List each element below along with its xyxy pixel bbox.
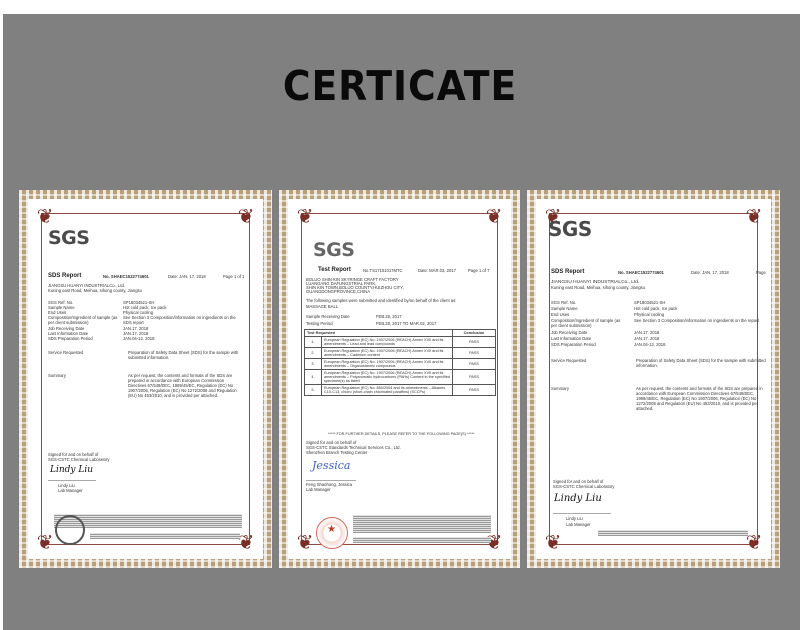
corner-ornament-icon: ❦ xyxy=(542,531,564,553)
corner-ornament-icon: ❦ xyxy=(34,205,56,227)
field-label: End Uses xyxy=(551,312,569,317)
report-number: No.TS17101017MTC xyxy=(363,268,403,273)
report-date: Date: JAN. 17, 2018 xyxy=(691,270,729,275)
fine-print xyxy=(353,515,491,533)
field-value: JAN.17. 2018 xyxy=(634,336,659,341)
sgs-logo: SGS xyxy=(548,217,592,241)
table-row: 3. European Regulation (EC) No. 1907/200… xyxy=(305,359,496,370)
field-value: FEB.28, 2017 xyxy=(376,314,402,319)
table-row: 1. European Regulation (EC) No. 1907/200… xyxy=(305,337,496,348)
corner-ornament-icon: ❦ xyxy=(294,205,316,227)
summary-label: Summary xyxy=(48,373,66,378)
report-number: No. SHAEC1522774601 xyxy=(103,274,149,279)
service-label: Service Requested xyxy=(551,358,586,363)
further-details-note: ***** FOR FURTHER DETAILS, PLEASE REFER … xyxy=(328,432,474,437)
page-number: Page xyxy=(756,270,766,275)
service-label: Service Requested xyxy=(48,350,83,355)
table-header: Test Requested xyxy=(305,330,453,337)
table-row: 2. European Regulation (EC) No. 1907/200… xyxy=(305,348,496,359)
field-label: SDS Preparation Period xyxy=(48,336,93,341)
sgs-seal-icon xyxy=(55,515,85,545)
summary-value: As per request, the contents and formats… xyxy=(128,373,243,398)
field-value: See Section 3 Composition/information on… xyxy=(634,318,771,323)
sgs-logo: SGS xyxy=(48,227,89,249)
field-label: SDS Preparation Period xyxy=(551,342,596,347)
company-address: Kuning east Road, Meihua, sihong county,… xyxy=(551,285,645,290)
certificate-sds-report-1: ❦ ❦ ❦ ❦ SGS SDS Report No. SHAEC15227746… xyxy=(19,190,272,568)
intro-text: The following samples were submitted and… xyxy=(306,298,456,303)
report-date: Date: MAR.03, 2017 xyxy=(418,268,456,273)
signature-line xyxy=(553,513,611,514)
field-label: SGS Ref. No. xyxy=(551,300,576,305)
field-value: See Section 3 Composition/information on… xyxy=(123,315,243,325)
doc-type: Test Report xyxy=(318,267,351,273)
corner-ornament-icon: ❦ xyxy=(294,531,316,553)
field-label: Last Information Date xyxy=(551,336,591,341)
signer-title: Lab Manager xyxy=(306,487,331,492)
field-value: FEB.28, 2017 TO MAR.02, 2017 xyxy=(376,321,436,326)
field-value: JAN.04-12, 2018 xyxy=(634,342,665,347)
summary-label: Summary xyxy=(551,386,569,391)
signed-org: SGS-CSTC Standards Technical Services Co… xyxy=(306,445,406,455)
service-value: Preparation of Safety Data Sheet (SDS) f… xyxy=(128,350,243,360)
certificate-sds-report-2: ❦ ❦ ❦ ❦ SGS SDS Report No. SHAEC15227746… xyxy=(527,190,780,568)
test-results-table: Test Requested Conclusion 1. European Re… xyxy=(304,329,496,396)
corner-ornament-icon: ❦ xyxy=(235,205,257,227)
client-line: GUANGDONGPROVINCE,CHINA xyxy=(306,289,370,294)
signer-name: Lindy Liu xyxy=(566,516,583,521)
signature-line xyxy=(48,480,96,481)
field-value: Physical cooling xyxy=(634,312,664,317)
page-title: CERTICATE xyxy=(32,62,768,110)
footer-contact xyxy=(598,530,748,536)
sgs-logo: SGS xyxy=(313,239,354,261)
field-label: Testing Period xyxy=(306,321,333,326)
corner-ornament-icon: ❦ xyxy=(743,205,765,227)
field-value: Hot cold pack, Ice pack xyxy=(634,306,677,311)
page-number: Page 1 of 7 xyxy=(468,268,489,273)
field-label: Sample Receiving Date xyxy=(306,314,350,319)
certificate-paper: ❦ ❦ ❦ ❦ SGS Test Report No.TS17101017MTC… xyxy=(288,199,511,559)
field-label: Composition/Ingredient of sample (as per… xyxy=(48,315,118,325)
corner-ornament-icon: ❦ xyxy=(34,531,56,553)
footer-contact xyxy=(90,533,240,539)
signer-title: Lab Manager xyxy=(58,488,83,493)
signature: Lindy Liu xyxy=(50,465,93,475)
sample-name: MASSAGE BALL xyxy=(306,304,338,309)
field-value: JAN.17. 2018 xyxy=(634,330,659,335)
service-value: Preparation of Safety Data Sheet (SDS) f… xyxy=(636,358,771,368)
signed-org: SGS-CSTC Chemical Laboratory xyxy=(553,484,614,489)
corner-ornament-icon: ❦ xyxy=(483,205,505,227)
field-value: JAN.04-12, 2018 xyxy=(123,336,154,341)
signature: Jessica xyxy=(312,459,350,472)
certificate-test-report: ❦ ❦ ❦ ❦ SGS Test Report No.TS17101017MTC… xyxy=(279,190,520,568)
certificate-paper: ❦ ❦ ❦ ❦ SGS SDS Report No. SHAEC15227746… xyxy=(536,199,771,559)
footer-contact xyxy=(353,537,491,543)
table-header: Conclusion xyxy=(453,330,496,337)
doc-type: SDS Report xyxy=(551,269,584,275)
signer-title: Lab Manager xyxy=(566,522,591,527)
doc-type: SDS Report xyxy=(48,273,81,279)
field-label: Job Receiving Date xyxy=(551,330,587,335)
signature-line xyxy=(306,480,356,481)
company-address: Kuning east Road, Meihua, sihong county,… xyxy=(48,288,142,293)
field-label: Sample Name xyxy=(551,306,578,311)
certificate-paper: ❦ ❦ ❦ ❦ SGS SDS Report No. SHAEC15227746… xyxy=(28,199,263,559)
page-number: Page 1 of 1 xyxy=(223,274,244,279)
report-number: No. SHAEC1522774601 xyxy=(618,270,664,275)
red-seal-stamp-icon: ★ xyxy=(316,517,348,549)
field-value: SP18034521-SH xyxy=(634,300,665,305)
table-row: 4. European Regulation (EC) No. 1907/200… xyxy=(305,370,496,385)
summary-value: As per request, the contents and formats… xyxy=(636,386,771,411)
star-icon: ★ xyxy=(327,524,336,535)
signature: Lindy Liu xyxy=(554,493,602,504)
table-row: 5. European Regulation (EC) No. 850/2004… xyxy=(305,385,496,396)
signed-org: SGS-CSTC Chemical Laboratory xyxy=(48,457,109,462)
report-date: Date: JAN. 17, 2018 xyxy=(168,274,206,279)
field-label: Composition/Ingredient of sample (as per… xyxy=(551,318,626,328)
